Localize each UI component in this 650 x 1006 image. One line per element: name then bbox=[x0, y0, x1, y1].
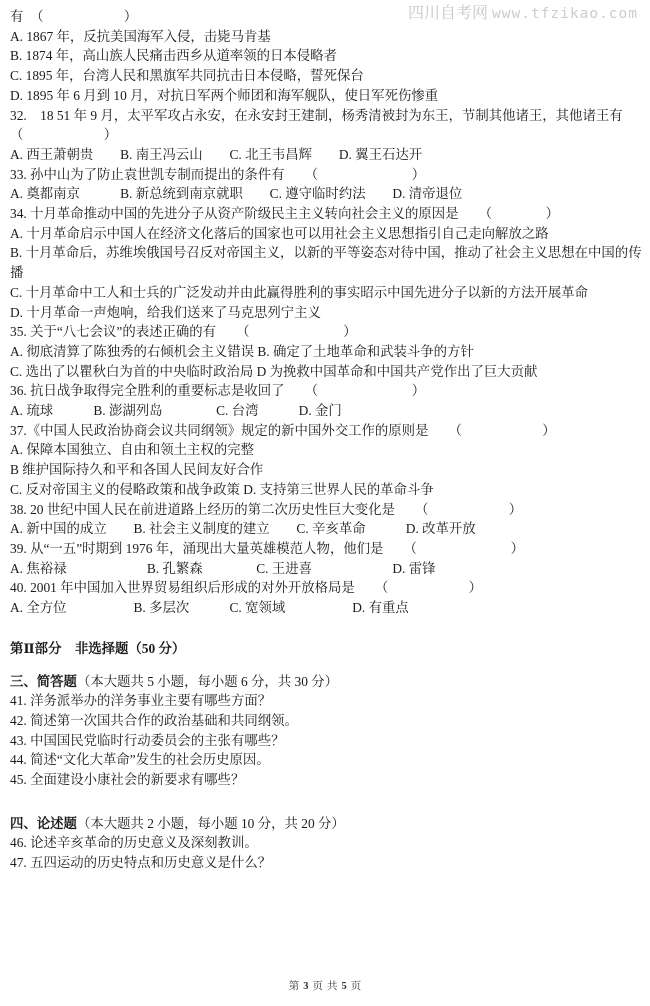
text-line: 第Ⅱ部分 非选择题（50 分） bbox=[10, 639, 648, 659]
text-line: B. 十月革命后，苏维埃俄国号召反对帝国主义，以新的平等姿态对待中国，推动了社会… bbox=[10, 243, 648, 282]
footer-label-of: 共 bbox=[327, 981, 338, 992]
text-line: C. 选出了以瞿秋白为首的中央临时政治局 D 为挽救中国革命和中国共产党作出了巨… bbox=[10, 362, 648, 382]
text-line: A. 奠都南京 B. 新总统到南京就职 C. 遵守临时约法 D. 清帝退位 bbox=[10, 184, 648, 204]
text-line: C. 十月革命中工人和士兵的广泛发动并由此赢得胜利的事实昭示中国先进分子以新的方… bbox=[10, 283, 648, 303]
text-line: C. 1895 年，台湾人民和黑旗军共同抗击日本侵略，誓死保台 bbox=[10, 66, 648, 86]
text-line: 有 （ ） bbox=[10, 7, 648, 27]
text-line: 三、简答题（本大题共 5 小题，每小题 6 分，共 30 分） bbox=[10, 672, 648, 692]
text-line: A. 新中国的成立 B. 社会主义制度的建立 C. 辛亥革命 D. 改革开放 bbox=[10, 519, 648, 539]
text-line: 32. 18 51 年 9 月，太平军攻占永安，在永安封王建制，杨秀清被封为东王… bbox=[10, 106, 648, 126]
text-line: D. 十月革命一声炮响，给我们送来了马克思列宁主义 bbox=[10, 303, 648, 323]
footer-label-ye2: 页 bbox=[351, 981, 362, 992]
text-line: 33. 孙中山为了防止袁世凯专制而提出的条件有 （ ） bbox=[10, 165, 648, 185]
text-line: 四、论述题（本大题共 2 小题，每小题 10 分，共 20 分） bbox=[10, 814, 648, 834]
text-line: B 维护国际持久和平和各国人民间友好合作 bbox=[10, 460, 648, 480]
document-lines: 有 （ ）A. 1867 年，反抗美国海军入侵，击毙马肯基B. 1874 年，高… bbox=[10, 7, 648, 873]
page-footer: 第3页共5页 bbox=[0, 978, 650, 993]
text-line: 38. 20 世纪中国人民在前进道路上经历的第二次历史性巨大变化是 （ ） bbox=[10, 500, 648, 520]
text-line: A. 彻底清算了陈独秀的右倾机会主义错误 B. 确定了土地革命和武装斗争的方针 bbox=[10, 342, 648, 362]
footer-label-page: 第 bbox=[289, 981, 300, 992]
text-line: 34. 十月革命推动中国的先进分子从资产阶级民主主义转向社会主义的原因是 （ ） bbox=[10, 204, 648, 224]
text-line: 47. 五四运动的历史特点和历史意义是什么？ bbox=[10, 853, 648, 873]
text-line: 44. 简述“文化大革命”发生的社会历史原因。 bbox=[10, 750, 648, 770]
text-line: 46. 论述辛亥革命的历史意义及深刻教训。 bbox=[10, 833, 648, 853]
text-line: 35. 关于“八七会议”的表述正确的有 （ ） bbox=[10, 322, 648, 342]
footer-total-pages: 5 bbox=[342, 981, 347, 992]
text-line: A. 西王萧朝贵 B. 南王冯云山 C. 北王韦昌辉 D. 翼王石达开 bbox=[10, 145, 648, 165]
text-line: 41. 洋务派举办的洋务事业主要有哪些方面？ bbox=[10, 691, 648, 711]
text-line: D. 1895 年 6 月到 10 月，对抗日军两个师团和海军舰队，使日军死伤惨… bbox=[10, 86, 648, 106]
text-line: C. 反对帝国主义的侵略政策和战争政策 D. 支持第三世界人民的革命斗争 bbox=[10, 480, 648, 500]
text-line: 40. 2001 年中国加入世界贸易组织后形成的对外开放格局是 （ ） bbox=[10, 578, 648, 598]
text-line: A. 琉球 B. 澎湖列岛 C. 台湾 D. 金门 bbox=[10, 401, 648, 421]
exam-page: 四川自考网 www.tfzikao.com 有 （ ）A. 1867 年，反抗美… bbox=[0, 0, 650, 1006]
text-line: A. 焦裕禄 B. 孔繁森 C. 王进喜 D. 雷锋 bbox=[10, 559, 648, 579]
text-line: 43. 中国国民党临时行动委员会的主张有哪些？ bbox=[10, 731, 648, 751]
text-line: A. 十月革命启示中国人在经济文化落后的国家也可以用社会主义思想指引自己走向解放… bbox=[10, 224, 648, 244]
footer-label-ye: 页 bbox=[313, 981, 324, 992]
text-line: A. 保障本国独立、自由和领土主权的完整 bbox=[10, 440, 648, 460]
text-line: 42. 简述第一次国共合作的政治基础和共同纲领。 bbox=[10, 711, 648, 731]
text-line: （ ） bbox=[10, 125, 648, 145]
text-line: 45. 全面建设小康社会的新要求有哪些？ bbox=[10, 770, 648, 790]
text-line: A. 1867 年，反抗美国海军入侵，击毙马肯基 bbox=[10, 27, 648, 47]
text-line: 36. 抗日战争取得完全胜利的重要标志是收回了 （ ） bbox=[10, 381, 648, 401]
text-line: A. 全方位 B. 多层次 C. 宽领域 D. 有重点 bbox=[10, 598, 648, 618]
footer-page-number: 3 bbox=[303, 981, 308, 992]
text-line: 39. 从“一五”时期到 1976 年，涌现出大量英雄模范人物，他们是 （ ） bbox=[10, 539, 648, 559]
text-line: B. 1874 年，高山族人民痛击西乡从道率领的日本侵略者 bbox=[10, 46, 648, 66]
text-line: 37.《中国人民政治协商会议共同纲领》规定的新中国外交工作的原则是 （ ） bbox=[10, 421, 648, 441]
